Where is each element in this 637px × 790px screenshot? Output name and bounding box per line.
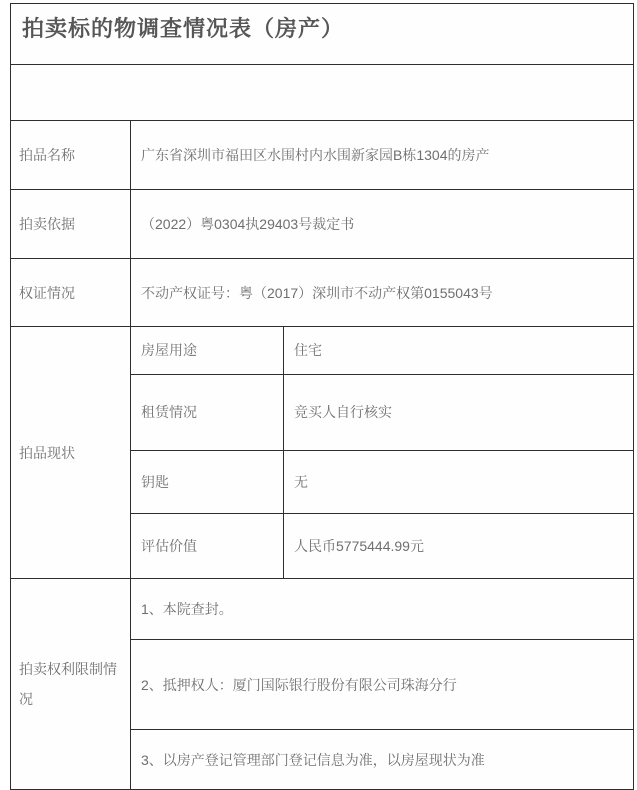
row-label: 拍品名称: [11, 121, 131, 189]
restriction-text: 2、抵押权人：厦门国际银行股份有限公司珠海分行: [131, 640, 633, 730]
sub-row-label: 钥匙: [131, 451, 284, 514]
restriction-item-1: 1、本院查封。: [131, 579, 633, 639]
title-row: 拍卖标的物调查情况表（房产）: [11, 4, 633, 64]
empty-row: [11, 64, 633, 120]
page-title: 拍卖标的物调查情况表（房产）: [22, 16, 344, 41]
table-row-certificate: 权证情况 不动产权证号：粤（2017）深圳市不动产权第0155043号: [11, 258, 633, 326]
sub-row-label: 评估价值: [131, 514, 284, 578]
sub-row-label: 房屋用途: [131, 327, 284, 374]
table-row-item-name: 拍品名称 广东省深圳市福田区水围村内水围新家园B栋1304的房产: [11, 120, 633, 189]
table-row-auction-basis: 拍卖依据 （2022）粤0304执29403号裁定书: [11, 189, 633, 258]
row-value: 广东省深圳市福田区水围村内水围新家园B栋1304的房产: [131, 121, 633, 189]
restriction-item-2: 2、抵押权人：厦门国际银行股份有限公司珠海分行: [131, 639, 633, 730]
restriction-text: 1、本院查封。: [131, 579, 633, 639]
row-label: 拍卖权利限制情况: [11, 579, 131, 788]
sub-row-value: 竞买人自行核实: [284, 375, 633, 450]
row-value: （2022）粤0304执29403号裁定书: [131, 190, 633, 258]
current-status-subrows: 房屋用途 住宅 租赁情况 竞买人自行核实 钥匙 无 评估价值 人民币577544…: [131, 327, 633, 578]
sub-row-value: 无: [284, 451, 633, 514]
restriction-text: 3、以房产登记管理部门登记信息为准，以房屋现状为准: [131, 730, 633, 788]
sub-row-keys: 钥匙 无: [131, 450, 633, 514]
row-label: 权证情况: [11, 259, 131, 326]
table-row-rights-restriction: 拍卖权利限制情况 1、本院查封。 2、抵押权人：厦门国际银行股份有限公司珠海分行…: [11, 578, 633, 788]
row-label: 拍卖依据: [11, 190, 131, 258]
restriction-item-3: 3、以房产登记管理部门登记信息为准，以房屋现状为准: [131, 729, 633, 788]
row-value: 不动产权证号：粤（2017）深圳市不动产权第0155043号: [131, 259, 633, 326]
sub-row-value: 人民币5775444.99元: [284, 514, 633, 578]
auction-investigation-table: 拍卖标的物调查情况表（房产） 拍品名称 广东省深圳市福田区水围村内水围新家园B栋…: [10, 3, 634, 788]
rights-restriction-subrows: 1、本院查封。 2、抵押权人：厦门国际银行股份有限公司珠海分行 3、以房产登记管…: [131, 579, 633, 788]
sub-row-house-use: 房屋用途 住宅: [131, 327, 633, 374]
sub-row-lease-status: 租赁情况 竞买人自行核实: [131, 374, 633, 450]
sub-row-appraised-value: 评估价值 人民币5775444.99元: [131, 513, 633, 578]
sub-row-label: 租赁情况: [131, 375, 284, 450]
sub-row-value: 住宅: [284, 327, 633, 374]
row-label: 拍品现状: [11, 327, 131, 578]
table-row-current-status: 拍品现状 房屋用途 住宅 租赁情况 竞买人自行核实 钥匙 无 评估价值 人民币5…: [11, 326, 633, 578]
